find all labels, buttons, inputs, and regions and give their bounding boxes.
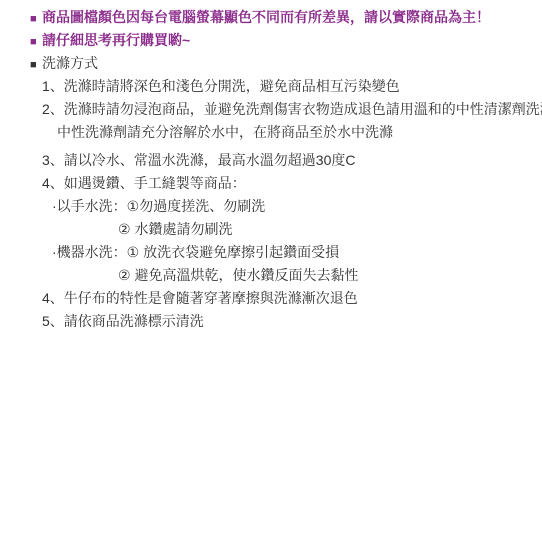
sub-instruction-machine-wash-2: ② 避免高溫烘乾，使水鑽反面失去黏性 [0,264,542,287]
notice-text: 商品圖檔顏色因每台電腦螢幕顯色不同而有所差異，請以實際商品為主！ [42,9,490,25]
instruction-line-1: 1、洗滌時請將深色和淺色分開洗，避免商品相互污染變色 [0,75,542,98]
care-instructions-page: ■商品圖檔顏色因每台電腦螢幕顯色不同而有所差異，請以實際商品為主！ ■請仔細思考… [0,0,542,542]
instruction-line-2-continued: 中性洗滌劑請充分溶解於水中，在將商品至於水中洗滌 [0,121,542,144]
sub-instruction-hand-wash-2: ② 水鑽處請勿刷洗 [0,218,542,241]
bullet-square-icon: ■ [30,54,42,77]
notice-line-think-before-buying: ■請仔細思考再行購買喲~ [0,29,542,52]
sub-instruction-machine-wash: ·機器水洗：① 放洗衣袋避免摩擦引起鑽面受損 [0,241,542,264]
instruction-line-denim: 4、牛仔布的特性是會隨著穿著摩擦與洗滌漸次退色 [0,287,542,310]
instruction-line-2: 2、洗滌時請勿浸泡商品，並避免洗劑傷害衣物造成退色請用溫和的中性清潔劑洗滌， [0,98,542,121]
section-title: 洗滌方式 [42,55,98,71]
sub-instruction-hand-wash: ·以手水洗：①勿過度搓洗、勿刷洗 [0,195,542,218]
section-heading-washing-method: ■洗滌方式 [0,52,542,75]
bullet-square-icon: ■ [30,31,42,54]
notice-line-color-difference: ■商品圖檔顏色因每台電腦螢幕顯色不同而有所差異，請以實際商品為主！ [0,6,542,29]
notice-text: 請仔細思考再行購買喲~ [42,32,190,48]
bullet-square-icon: ■ [30,8,42,31]
instruction-line-4: 4、如遇燙鑽、手工縫製等商品： [0,172,542,195]
instruction-line-5: 5、請依商品洗滌標示清洗 [0,310,542,333]
instruction-line-3: 3、請以冷水、常溫水洗滌，最高水溫勿超過30度C [0,149,542,172]
